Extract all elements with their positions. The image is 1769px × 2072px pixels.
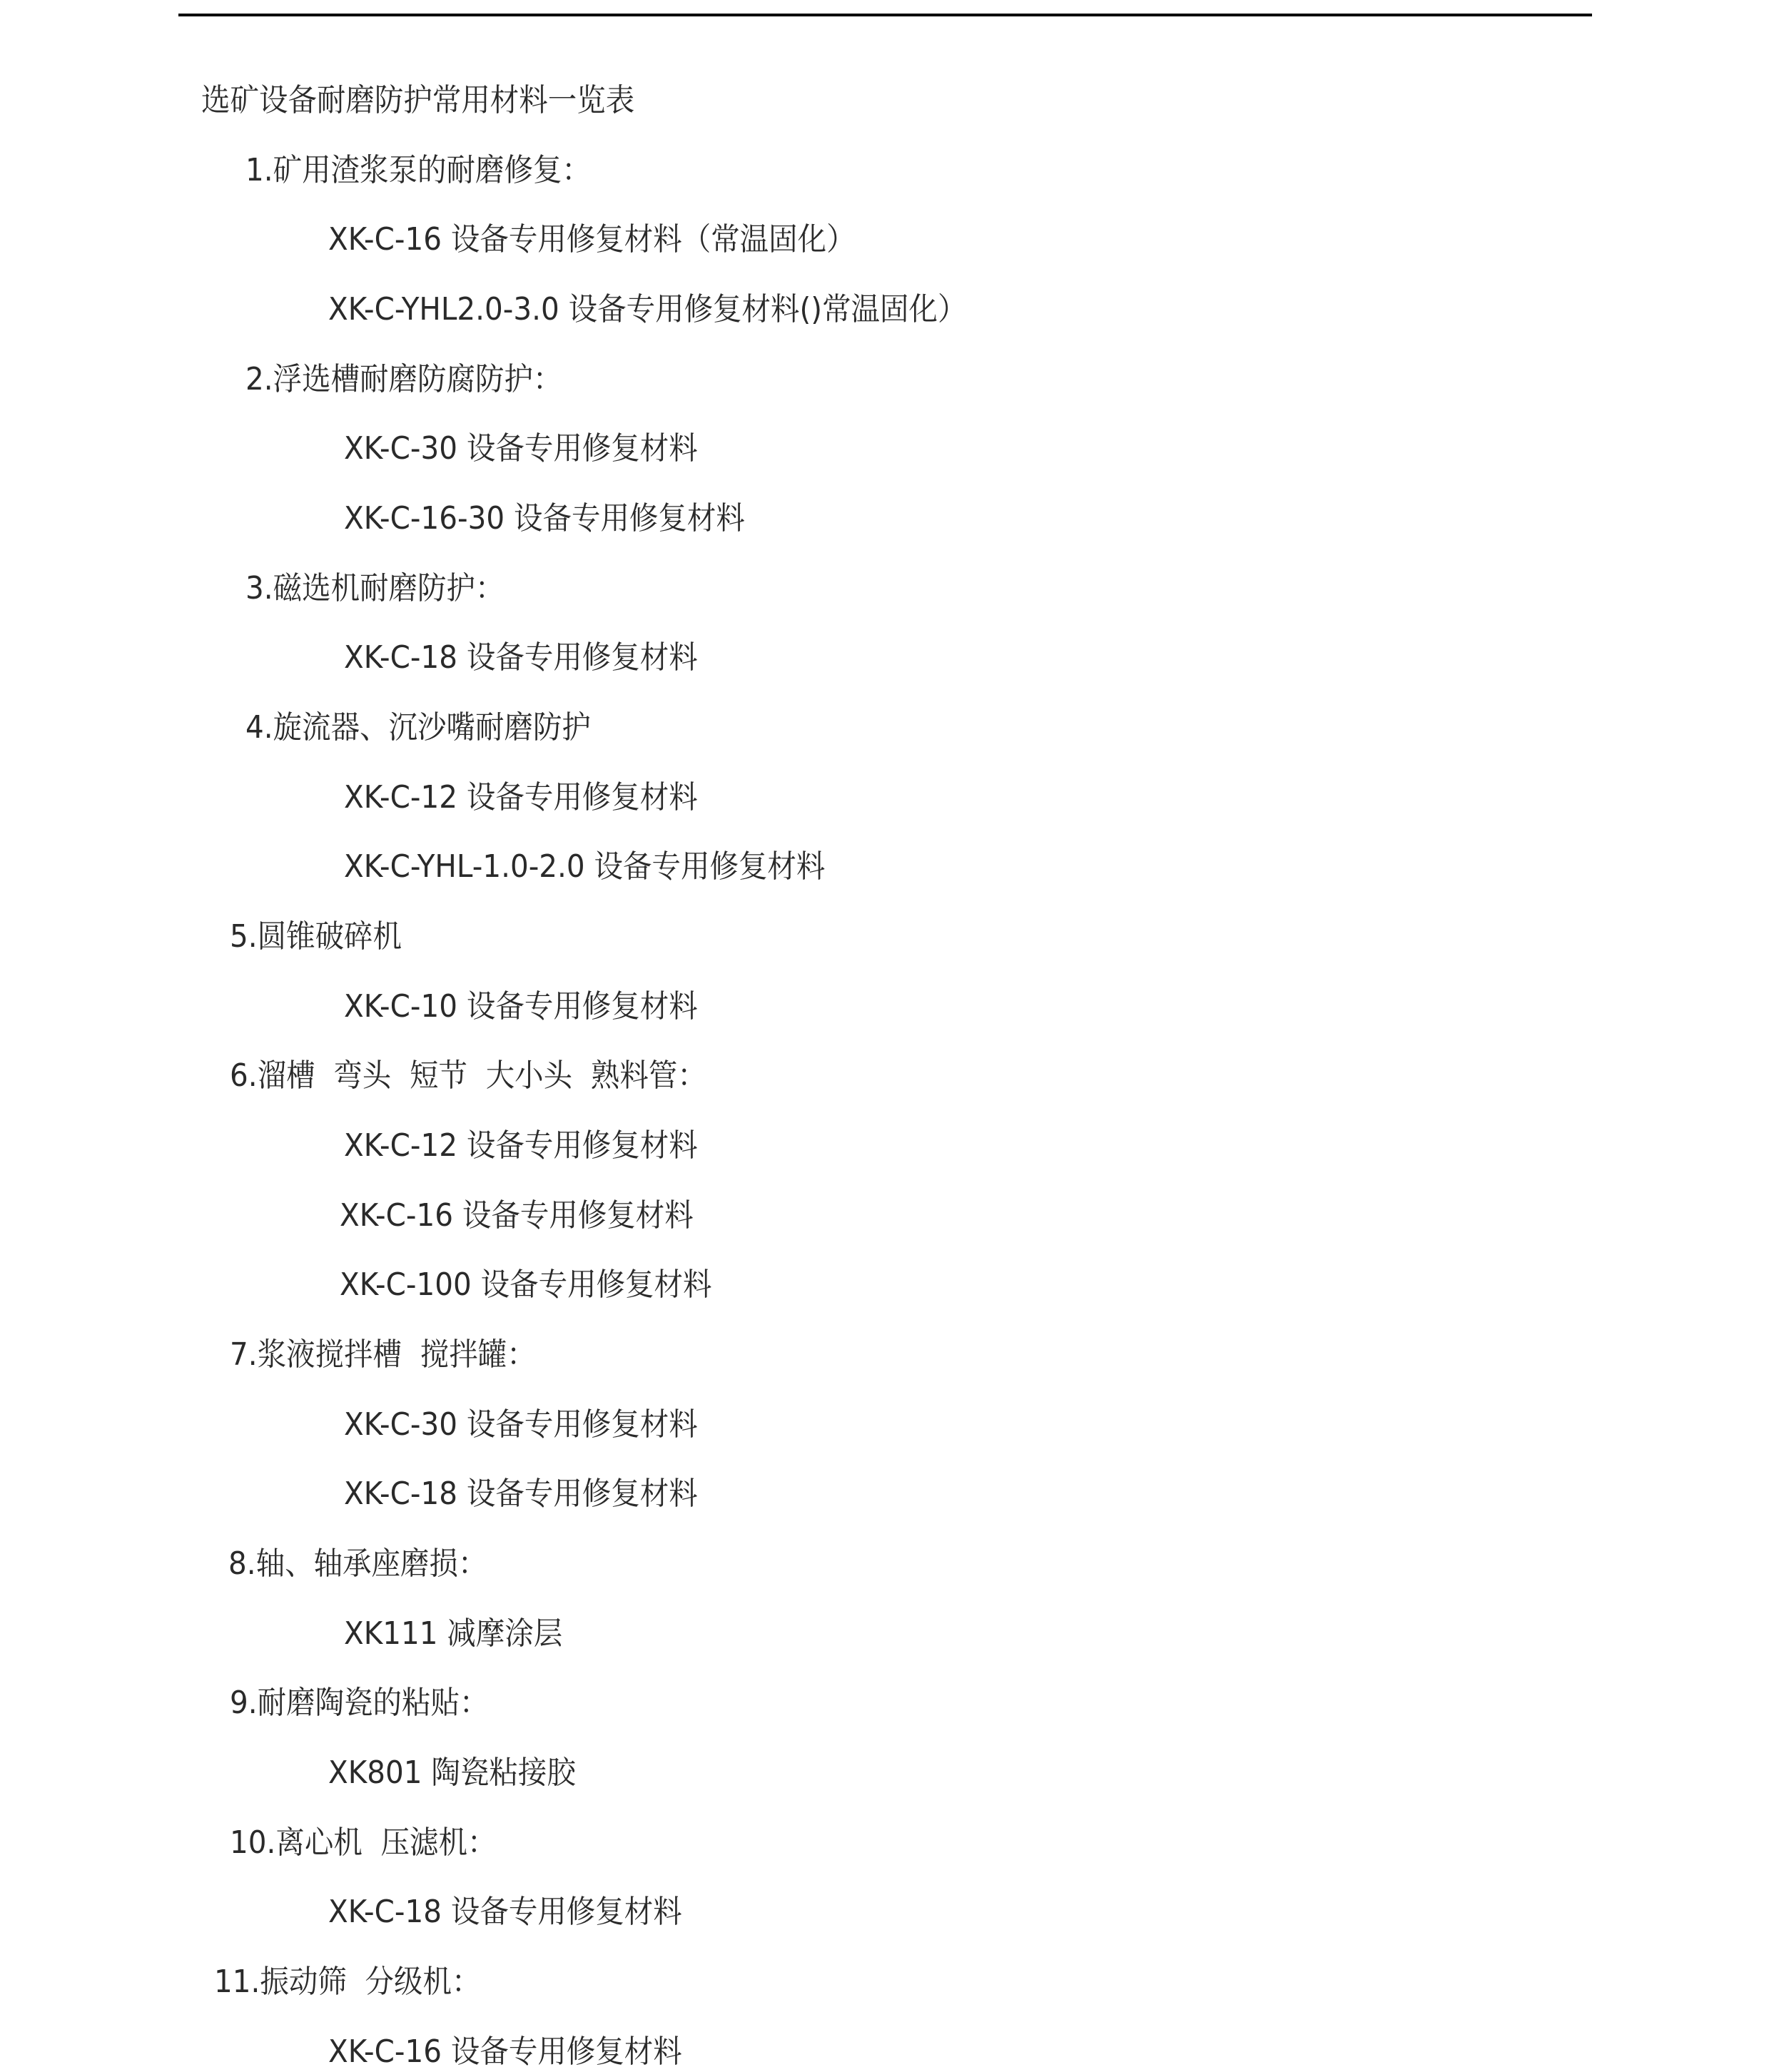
material-item: XK-C-12 设备专用修复材料 xyxy=(344,778,698,818)
material-item: XK-C-30 设备专用修复材料 xyxy=(344,429,698,469)
material-item: XK-C-16 设备专用修复材料 xyxy=(340,1196,694,1236)
section-heading-1: 1.矿用渣浆泵的耐磨修复： xyxy=(245,151,591,191)
material-item: XK-C-18 设备专用修复材料 xyxy=(328,1892,682,1932)
section-heading-4: 4.旋流器、沉沙嘴耐磨防护 xyxy=(245,708,591,748)
material-item: XK-C-18 设备专用修复材料 xyxy=(344,638,698,678)
section-heading-7: 7.浆液搅拌槽 搅拌罐： xyxy=(230,1335,536,1375)
section-heading-3: 3.磁选机耐磨防护： xyxy=(245,569,504,609)
material-item: XK-C-16 设备专用修复材料（常温固化） xyxy=(328,220,856,260)
section-heading-5: 5.圆锥破碎机 xyxy=(230,917,402,957)
material-item: XK-C-YHL2.0-3.0 设备专用修复材料()常温固化） xyxy=(328,290,966,330)
section-heading-11: 11.振动筛 分级机： xyxy=(214,1962,480,2002)
section-heading-6: 6.溜槽 弯头 短节 大小头 熟料管： xyxy=(230,1056,706,1096)
material-item: XK-C-16-30 设备专用修复材料 xyxy=(344,499,745,539)
section-heading-9: 9.耐磨陶瓷的粘贴： xyxy=(230,1683,488,1723)
section-heading-8: 8.轴、轴承座磨损： xyxy=(228,1544,487,1584)
material-item: XK-C-30 设备专用修复材料 xyxy=(344,1405,698,1445)
document-title: 选矿设备耐磨防护常用材料一览表 xyxy=(201,81,634,121)
material-item: XK-C-100 设备专用修复材料 xyxy=(340,1265,711,1305)
material-item: XK801 陶瓷粘接胶 xyxy=(328,1753,576,1793)
material-item: XK111 减摩涂层 xyxy=(344,1614,562,1654)
section-heading-10: 10.离心机 压滤机： xyxy=(230,1823,496,1863)
section-heading-2: 2.浮选槽耐磨防腐防护： xyxy=(245,360,562,400)
material-item: XK-C-10 设备专用修复材料 xyxy=(344,987,698,1027)
material-item: XK-C-18 设备专用修复材料 xyxy=(344,1474,698,1514)
material-item: XK-C-12 设备专用修复材料 xyxy=(344,1126,698,1166)
material-item: XK-C-16 设备专用修复材料 xyxy=(328,2032,682,2072)
header-rule xyxy=(178,14,1592,16)
material-item: XK-C-YHL-1.0-2.0 设备专用修复材料 xyxy=(344,847,825,887)
